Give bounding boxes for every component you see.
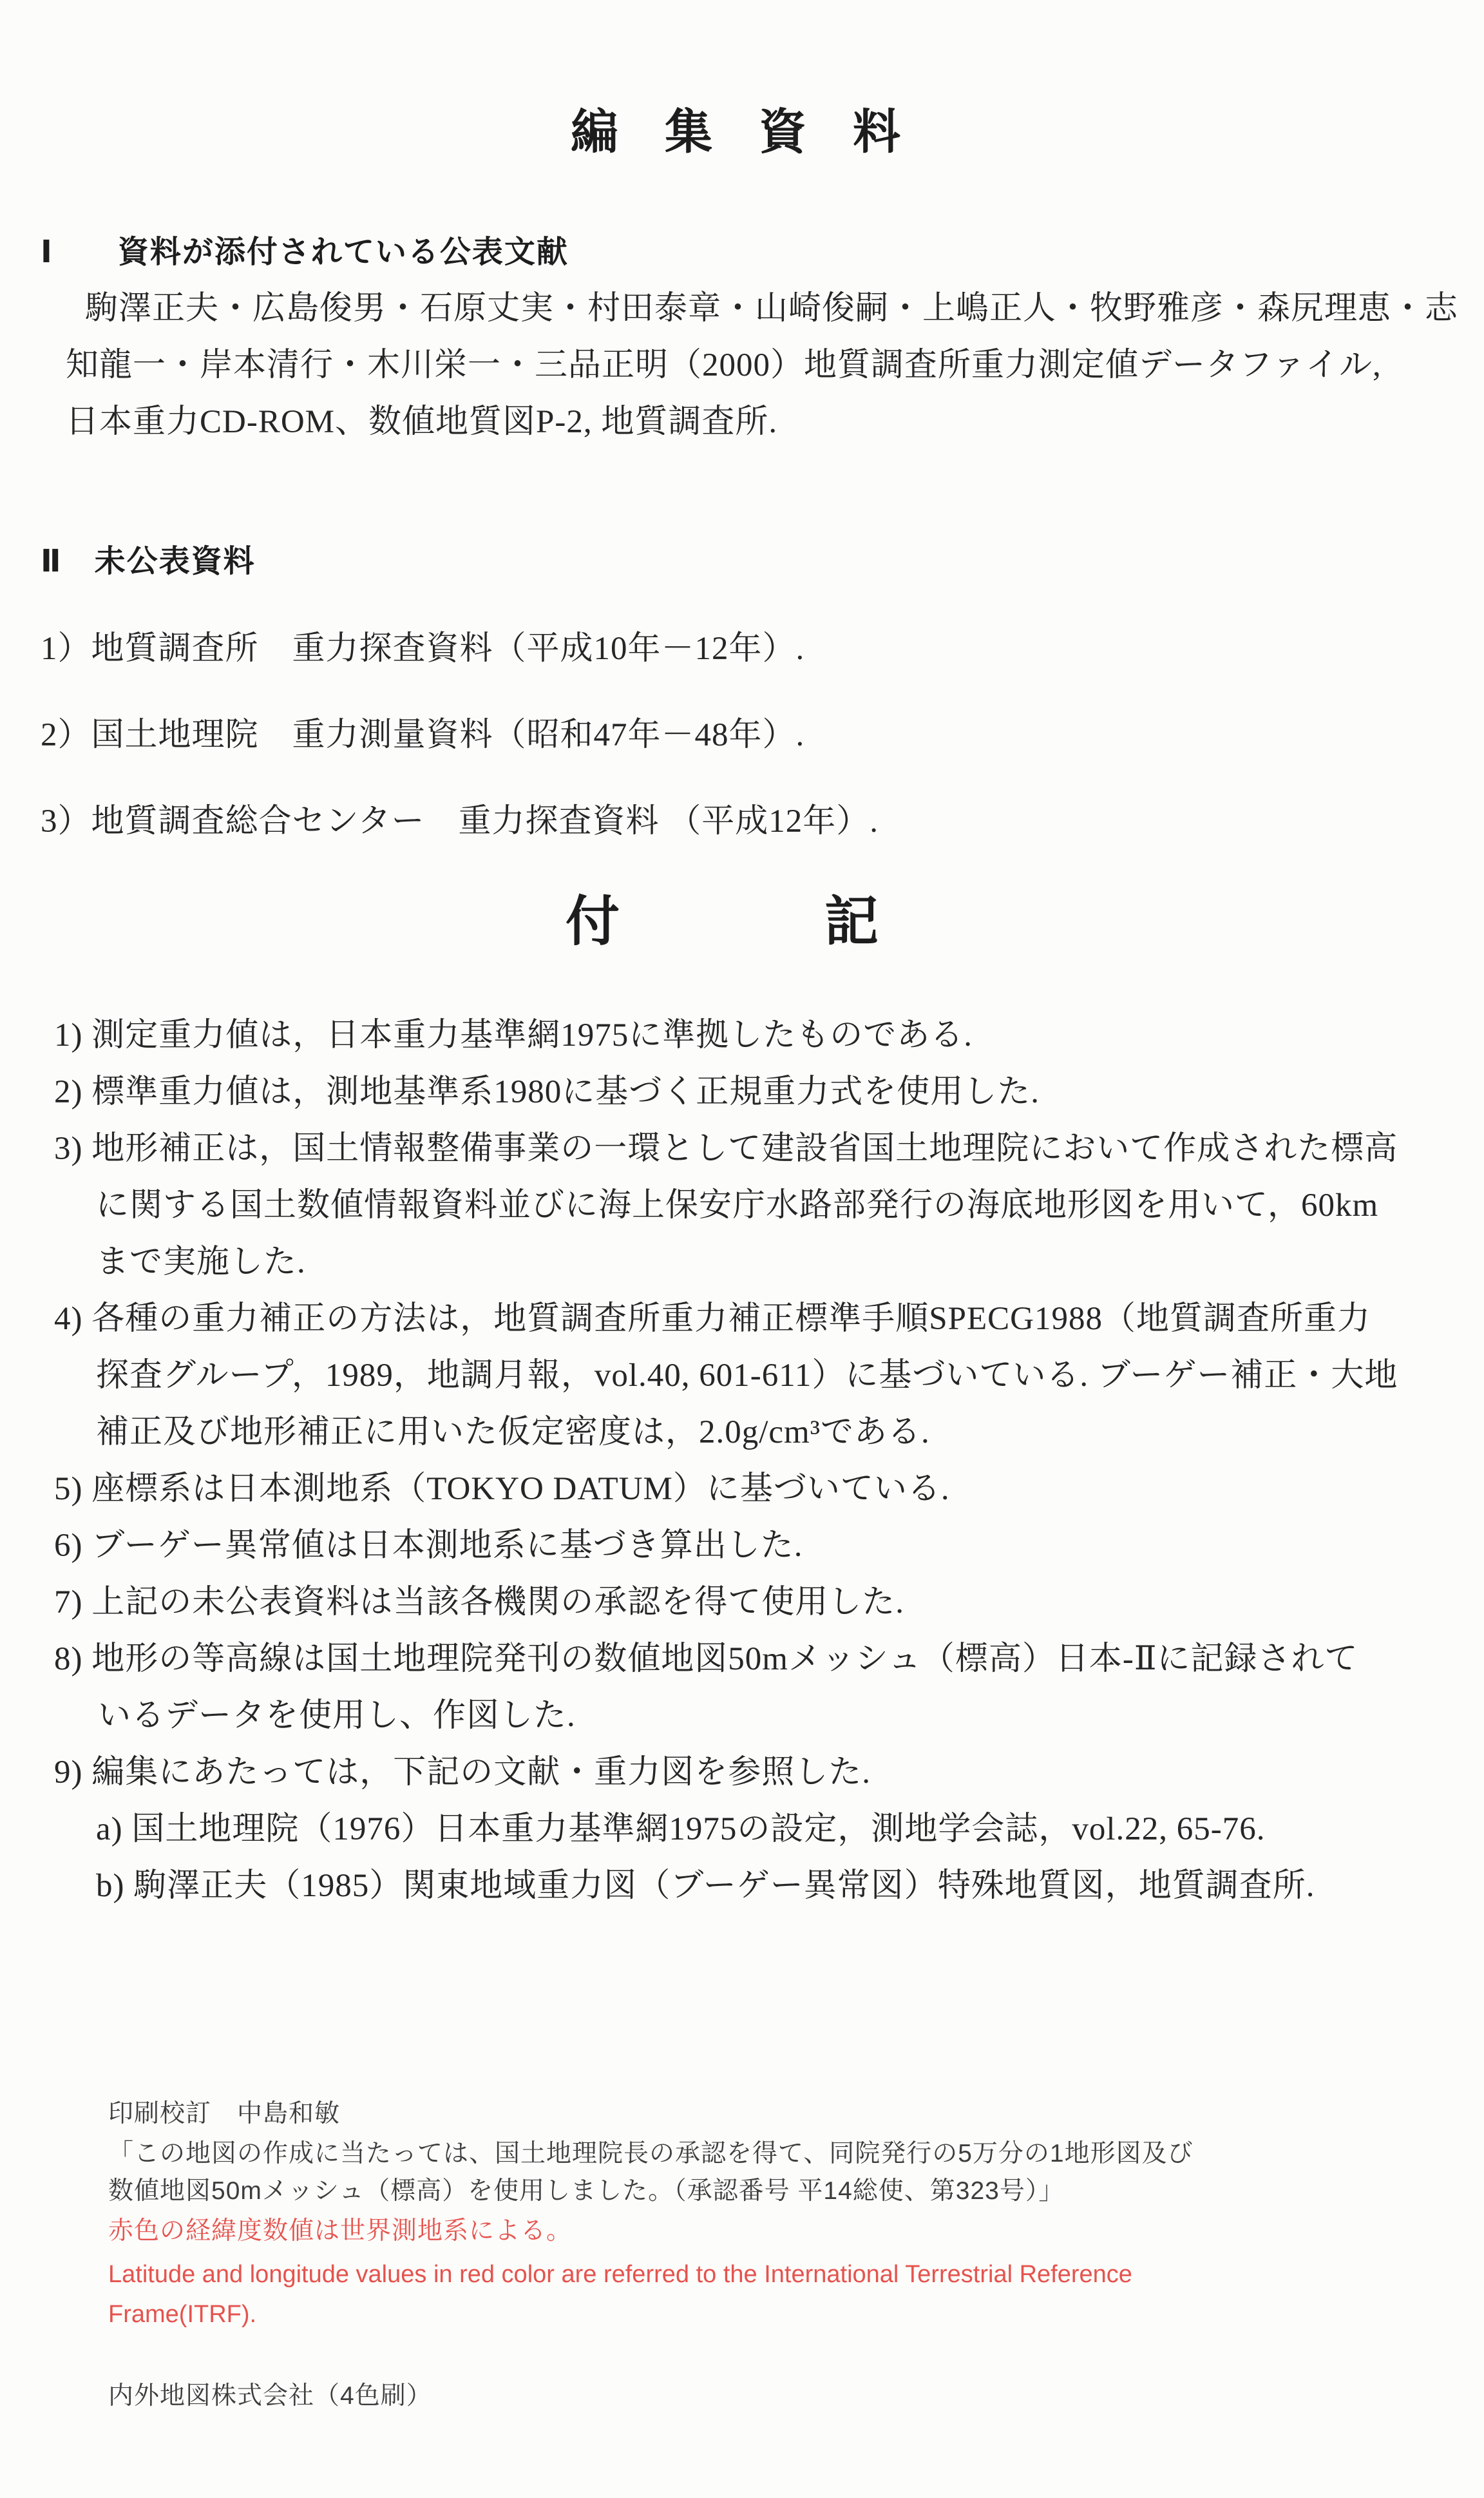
appendix-note-line: 7) 上記の未公表資料は当該各機関の承認を得て使用した. (54, 1584, 904, 1622)
imprint-approval-line-1: 「この地図の作成に当たっては、国土地理院長の承認を得て、同院発行の5万分の1地形… (108, 2139, 1194, 2169)
appendix-note-line: 3) 地形補正は，国土情報整備事業の一環として建設省国土地理院において作成された… (54, 1130, 1398, 1168)
printer-credit: 内外地図株式会社（4色刷） (108, 2381, 432, 2412)
published-reference-line: 知龍一・岸本清行・木川栄一・三品正明（2000）地質調査所重力測定値データファイ… (66, 347, 1382, 385)
appendix-note-line: a) 国土地理院（1976）日本重力基準網1975の設定，測地学会誌，vol.2… (96, 1811, 1266, 1849)
unpublished-item: 2）国土地理院 重力測量資料（昭和47年－48年）. (41, 716, 804, 754)
red-note-english-line-1: Latitude and longitude values in red col… (108, 2260, 1132, 2290)
published-reference-line: 駒澤正夫・広島俊男・石原丈実・村田泰章・山崎俊嗣・上嶋正人・牧野雅彦・森尻理恵・… (85, 290, 1458, 328)
appendix-note-line: 9) 編集にあたっては，下記の文献・重力図を参照した. (54, 1754, 871, 1792)
scanned-document-page: { "document": { "title": "編集資料", "append… (0, 0, 1484, 2498)
page-title: 編集資料 (571, 108, 947, 156)
imprint-approval-line-2: 数値地図50mメッシュ（標高）を使用しました。（承認番号 平14総使、第323号… (108, 2176, 1064, 2207)
red-note-japanese: 赤色の経緯度数値は世界測地系による。 (108, 2216, 572, 2247)
appendix-note-line: 8) 地形の等高線は国土地理院発刊の数値地図50mメッシュ（標高）日本-Ⅱに記録… (54, 1640, 1358, 1678)
appendix-note-line: 4) 各種の重力補正の方法は，地質調査所重力補正標準手順SPECG1988（地質… (54, 1300, 1371, 1338)
appendix-note-line: 2) 標準重力値は，測地基準系1980に基づく正規重力式を使用した. (54, 1073, 1040, 1111)
imprint-proofreading: 印刷校訂 中島和敏 (108, 2099, 340, 2129)
unpublished-item: 3）地質調査総合センター 重力探査資料 （平成12年）. (41, 803, 879, 841)
appendix-note-line: に関する国土数値情報資料並びに海上保安庁水路部発行の海底地形図を用いて，60km (96, 1187, 1378, 1225)
appendix-note-line: 探査グループ，1989，地調月報，vol.40, 601-611）に基づいている… (96, 1357, 1398, 1395)
appendix-title: 付記 (566, 894, 1083, 948)
appendix-note-line: 補正及び地形補正に用いた仮定密度は，2.0g/cm³である. (96, 1414, 930, 1452)
published-reference-line: 日本重力CD-ROM、数値地質図P-2, 地質調査所. (66, 403, 777, 441)
appendix-note-line: 6) ブーゲー異常値は日本測地系に基づき算出した. (54, 1527, 803, 1565)
section-published-heading: Ⅰ 資料が添付されている公表文献 (41, 235, 569, 270)
appendix-note-line: b) 駒澤正夫（1985）関東地域重力図（ブーゲー異常図）特殊地質図，地質調査所… (96, 1867, 1315, 1905)
appendix-note-line: 5) 座標系は日本測地系（TOKYO DATUM）に基づいている. (54, 1470, 950, 1508)
appendix-note-line: まで実施した. (96, 1244, 306, 1282)
red-note-english-line-2: Frame(ITRF). (108, 2300, 256, 2330)
unpublished-item: 1）地質調査所 重力探査資料（平成10年－12年）. (41, 630, 804, 668)
section-unpublished-heading: Ⅱ 未公表資料 (41, 544, 256, 579)
appendix-note-line: いるデータを使用し、作図した. (98, 1697, 576, 1735)
appendix-note-line: 1) 測定重力値は，日本重力基準網1975に準拠したものである. (54, 1017, 973, 1055)
